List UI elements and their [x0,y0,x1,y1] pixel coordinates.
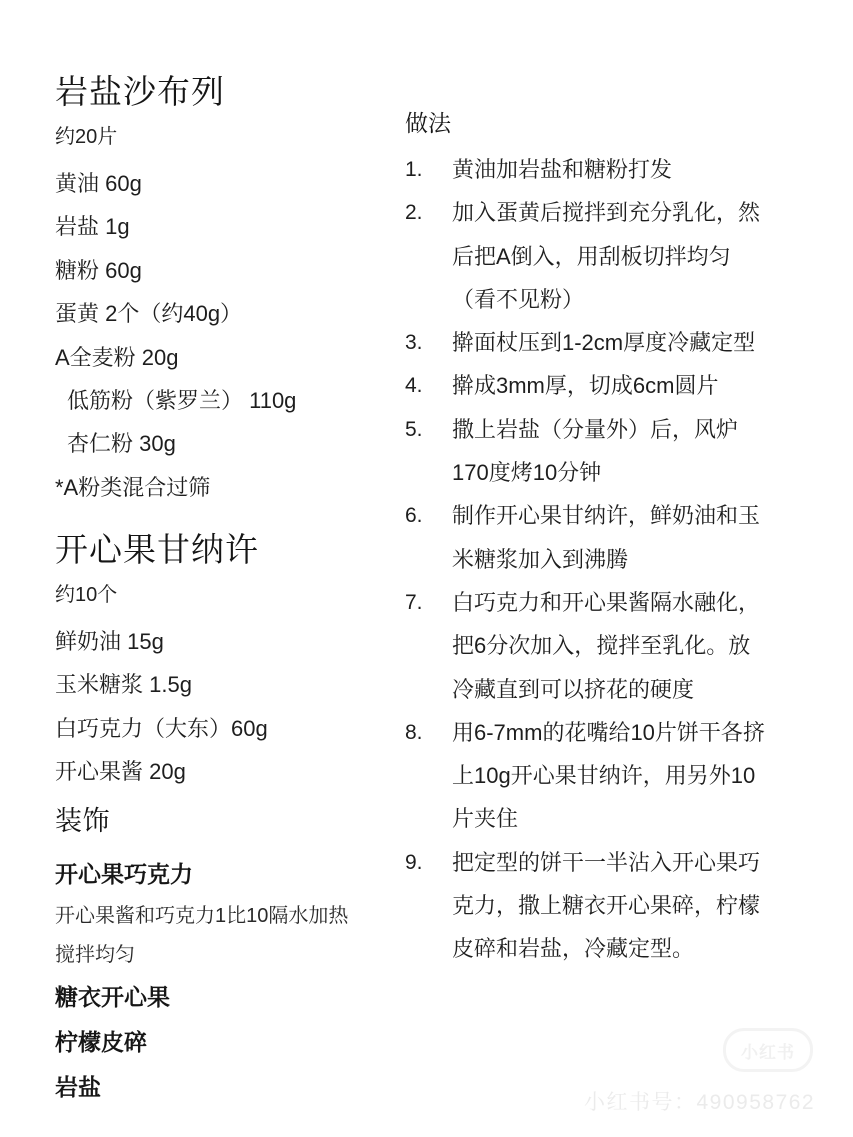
ingredient-line: 黄油 60g [55,162,296,205]
step-text-line: 克力，撒上糖衣开心果碎，柠檬 [452,884,760,927]
ingredient-line: 开心果巧克力 [55,852,348,897]
step-text-line: 上10g开心果甘纳许，用另外10 [452,754,765,797]
step-item: 3.擀面杖压到1-2cm厚度冷藏定型 [405,321,835,364]
step-item: 9.把定型的饼干一半沾入开心果巧克力，撒上糖衣开心果碎，柠檬皮碎和岩盐，冷藏定型… [405,841,835,971]
step-text-line: 白巧克力和开心果酱隔水融化， [452,581,760,624]
step-text: 加入蛋黄后搅拌到充分乳化，然后把A倒入，用刮板切拌均匀（看不见粉） [452,191,760,321]
step-item: 8.用6-7mm的花嘴给10片饼干各挤上10g开心果甘纳许，用另外10片夹住 [405,711,835,841]
step-number: 4. [405,364,452,407]
step-text-line: 擀成3mm厚，切成6cm圆片 [452,364,718,407]
steps-column: 做法 1.黄油加岩盐和糖粉打发2.加入蛋黄后搅拌到充分乳化，然后把A倒入，用刮板… [405,108,835,971]
step-text: 擀面杖压到1-2cm厚度冷藏定型 [452,321,755,364]
step-text-line: 撒上岩盐（分量外）后，风炉 [452,408,738,451]
watermark-account-id: 小红书号：490958762 [584,1086,815,1116]
step-text-line: 制作开心果甘纳许，鲜奶油和玉 [452,494,760,537]
step-text-line: 米糖浆加入到沸腾 [452,538,760,581]
ingredient-section: 装饰开心果巧克力开心果酱和巧克力1比10隔水加热搅拌均匀糖衣开心果柠檬皮碎岩盐 [55,804,348,1110]
ingredient-section: 开心果甘纳许约10个鲜奶油 15g玉米糖浆 1.5g白巧克力（大东）60g开心果… [55,530,268,794]
ingredient-line: 白巧克力（大东）60g [55,707,268,750]
step-text-line: （看不见粉） [452,278,760,321]
step-number: 1. [405,148,452,191]
ingredient-line: 糖衣开心果 [55,975,348,1020]
step-text-line: 黄油加岩盐和糖粉打发 [452,148,672,191]
step-number: 7. [405,581,452,624]
ingredient-line: 玉米糖浆 1.5g [55,663,268,706]
ingredient-line: A全麦粉 20g [55,336,296,379]
step-text: 擀成3mm厚，切成6cm圆片 [452,364,718,407]
section-title: 装饰 [55,804,348,838]
ingredient-line: 糖粉 60g [55,249,296,292]
ingredient-line: 开心果酱 20g [55,750,268,793]
steps-list: 1.黄油加岩盐和糖粉打发2.加入蛋黄后搅拌到充分乳化，然后把A倒入，用刮板切拌均… [405,148,835,971]
section-title: 开心果甘纳许 [55,530,268,570]
step-item: 4.擀成3mm厚，切成6cm圆片 [405,364,835,407]
step-item: 1.黄油加岩盐和糖粉打发 [405,148,835,191]
step-number: 3. [405,321,452,364]
step-text-line: 皮碎和岩盐，冷藏定型。 [452,927,760,970]
ingredient-line: 搅拌均匀 [55,936,348,975]
section-title: 岩盐沙布列 [55,72,296,112]
step-text-line: 170度烤10分钟 [452,451,738,494]
ingredient-line: 蛋黄 2个（约40g） [55,292,296,335]
step-item: 7.白巧克力和开心果酱隔水融化，把6分次加入，搅拌至乳化。放冷藏直到可以挤花的硬… [405,581,835,711]
ingredient-line: 岩盐 1g [55,205,296,248]
step-number: 5. [405,408,452,451]
step-text-line: 后把A倒入，用刮板切拌均匀 [452,235,760,278]
step-number: 8. [405,711,452,754]
ingredient-section: 岩盐沙布列约20片黄油 60g岩盐 1g糖粉 60g蛋黄 2个（约40g）A全麦… [55,72,296,509]
step-text: 制作开心果甘纳许，鲜奶油和玉米糖浆加入到沸腾 [452,494,760,581]
ingredient-line: *A粉类混合过筛 [55,466,296,509]
ingredient-line: 鲜奶油 15g [55,620,268,663]
step-text-line: 把6分次加入，搅拌至乳化。放 [452,624,760,667]
ingredient-line: 开心果酱和巧克力1比10隔水加热 [55,897,348,936]
step-number: 6. [405,494,452,537]
step-text-line: 片夹住 [452,797,765,840]
ingredient-line: 岩盐 [55,1065,348,1110]
step-text-line: 把定型的饼干一半沾入开心果巧 [452,841,760,884]
step-item: 6.制作开心果甘纳许，鲜奶油和玉米糖浆加入到沸腾 [405,494,835,581]
step-text-line: 加入蛋黄后搅拌到充分乳化，然 [452,191,760,234]
ingredient-line: 柠檬皮碎 [55,1020,348,1065]
step-item: 5.撒上岩盐（分量外）后，风炉170度烤10分钟 [405,408,835,495]
step-number: 2. [405,191,452,234]
step-text: 用6-7mm的花嘴给10片饼干各挤上10g开心果甘纳许，用另外10片夹住 [452,711,765,841]
ingredient-line: 低筋粉（紫罗兰） 110g [55,379,296,422]
xiaohongshu-logo: 小红书 [723,1028,813,1072]
step-text: 黄油加岩盐和糖粉打发 [452,148,672,191]
step-text-line: 冷藏直到可以挤花的硬度 [452,668,760,711]
xiaohongshu-logo-text: 小红书 [741,1038,795,1063]
step-text: 白巧克力和开心果酱隔水融化，把6分次加入，搅拌至乳化。放冷藏直到可以挤花的硬度 [452,581,760,711]
ingredient-line: 杏仁粉 30g [55,422,296,465]
section-yield: 约10个 [55,582,268,608]
step-text: 撒上岩盐（分量外）后，风炉170度烤10分钟 [452,408,738,495]
section-yield: 约20片 [55,124,296,150]
steps-header: 做法 [405,108,835,138]
step-text-line: 擀面杖压到1-2cm厚度冷藏定型 [452,321,755,364]
step-number: 9. [405,841,452,884]
step-text-line: 用6-7mm的花嘴给10片饼干各挤 [452,711,765,754]
step-text: 把定型的饼干一半沾入开心果巧克力，撒上糖衣开心果碎，柠檬皮碎和岩盐，冷藏定型。 [452,841,760,971]
step-item: 2.加入蛋黄后搅拌到充分乳化，然后把A倒入，用刮板切拌均匀（看不见粉） [405,191,835,321]
